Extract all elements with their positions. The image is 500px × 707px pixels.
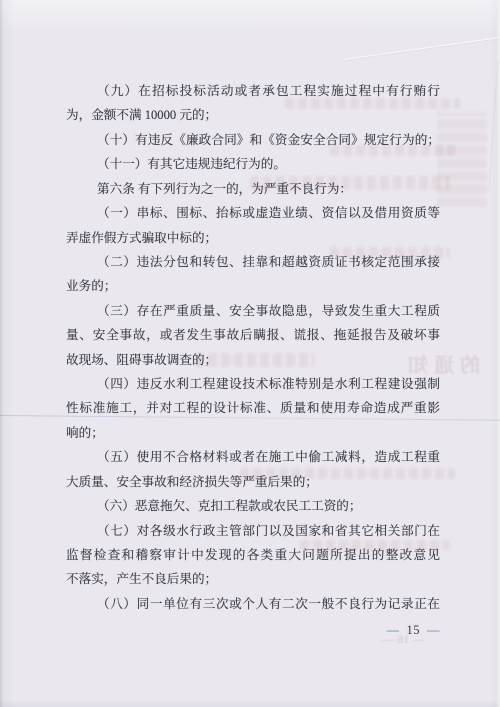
doc-line: 业务的；: [66, 274, 440, 298]
doc-line: （二）违法分包和转包、挂靠和超越资质证书核定范围承接: [66, 250, 440, 274]
doc-line: （五）使用不合格材料或者在施工中偷工减料，造成工程重: [66, 445, 440, 469]
doc-line: （一）串标、围标、抬标或虚造业绩、资信以及借用资质等: [66, 201, 440, 225]
doc-line: 第六条 有下列行为之一的，为严重不良行为：: [66, 177, 440, 201]
doc-line: 性标准施工，并对工程的设计标准、质量和使用寿命造成严重影: [66, 396, 440, 420]
page-number-dash-right: —: [427, 623, 440, 637]
doc-line: 响的；: [66, 421, 440, 445]
doc-line: （十一）有其它违规违纪行为的。: [66, 152, 440, 176]
doc-line: （七）对各级水行政主管部门以及国家和省其它相关部门在: [66, 519, 440, 543]
doc-line: 为，金额不满 10000 元的；: [66, 103, 440, 127]
doc-line: （九）在招标投标活动或者承包工程实施过程中有行贿行: [66, 79, 440, 103]
doc-line: （四）违反水利工程建设技术标准特别是水利工程建设强制: [66, 372, 440, 396]
paper-crease: [488, 60, 498, 190]
doc-line: （十）有违反《廉政合同》和《资金安全合同》规定行为的；: [66, 128, 440, 152]
doc-line: 量、安全事故，或者发生事故后瞒报、谎报、拖延报告及破坏事: [66, 323, 440, 347]
page-number-value: 15: [407, 623, 421, 637]
doc-line: 弄虚作假方式骗取中标的；: [66, 226, 440, 250]
doc-line: 不落实，产生不良后果的；: [66, 567, 440, 591]
doc-line: 故现场、阻碍事故调查的；: [66, 348, 440, 372]
doc-line: （三）存在严重质量、安全事故隐患，导致发生重大工程质: [66, 299, 440, 323]
bleedthrough-smudge: [437, 112, 487, 207]
doc-line: 大质量、安全事故和经济损失等严重后果的；: [66, 470, 440, 494]
scanned-document-page: { "colors": { "paper": "#eae8ee", "ink":…: [0, 0, 500, 707]
paper-crease: [338, 0, 500, 60]
page-number-dash-left: —: [387, 623, 400, 637]
page-number: —15—: [0, 623, 440, 638]
doc-line: 监督检查和稽察审计中发现的各类重大问题所提出的整改意见: [66, 543, 440, 567]
doc-line: （八）同一单位有三次或个人有二次一般不良行为记录正在: [66, 592, 440, 616]
doc-line: （六）恶意拖欠、克扣工程款或农民工工资的；: [66, 494, 440, 518]
document-body: （九）在招标投标活动或者承包工程实施过程中有行贿行 为，金额不满 10000 元…: [66, 79, 440, 616]
